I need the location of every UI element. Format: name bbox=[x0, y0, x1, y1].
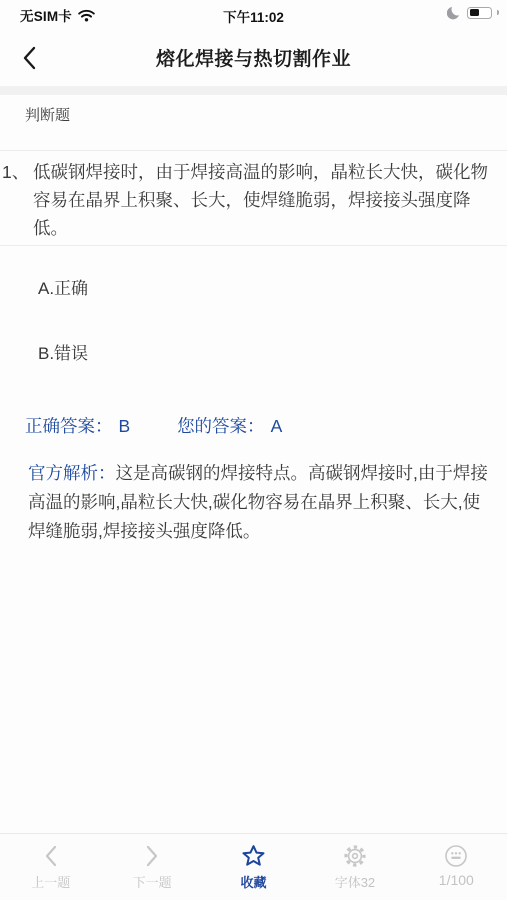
star-icon bbox=[241, 843, 266, 869]
your-answer: 您的答案：A bbox=[177, 416, 282, 436]
answer-card-button[interactable]: 1/100 bbox=[406, 834, 507, 900]
next-question-button[interactable]: 下一题 bbox=[101, 834, 202, 900]
question-text-block: 1、 低碳钢焊接时，由于焊接高温的影响，晶粒长大快，碳化物容易在晶界上积聚、长大… bbox=[0, 158, 493, 242]
answer-row: 正确答案：B 您的答案：A bbox=[25, 413, 324, 438]
question-type-label: 判断题 bbox=[25, 104, 70, 125]
font-size-label: 字体32 bbox=[335, 872, 375, 891]
battery-tip bbox=[497, 10, 499, 15]
correct-answer-value: B bbox=[119, 416, 131, 436]
section-separator bbox=[0, 86, 507, 95]
answer-card-icon bbox=[444, 843, 468, 869]
favorite-button[interactable]: 收藏 bbox=[203, 834, 304, 900]
clock-label: 下午11:02 bbox=[0, 6, 507, 26]
nav-bar: 熔化焊接与热切割作业 bbox=[0, 28, 507, 86]
battery-icon bbox=[467, 7, 492, 19]
status-right bbox=[447, 5, 499, 20]
page-title: 熔化焊接与热切割作业 bbox=[0, 44, 507, 71]
divider bbox=[0, 245, 507, 246]
chevron-left-icon bbox=[44, 843, 58, 869]
status-bar: 无SIM卡 下午11:02 bbox=[0, 0, 507, 28]
question-number: 1、 bbox=[2, 158, 29, 186]
option-b[interactable]: B.错误 bbox=[38, 339, 88, 364]
bottom-toolbar: 上一题 下一题 收藏 bbox=[0, 833, 507, 900]
analysis-label: 官方解析： bbox=[28, 463, 116, 483]
your-answer-value: A bbox=[271, 416, 283, 436]
question-text: 低碳钢焊接时，由于焊接高温的影响，晶粒长大快，碳化物容易在晶界上积聚、长大，使焊… bbox=[33, 162, 488, 238]
favorite-label: 收藏 bbox=[241, 872, 267, 891]
question-counter: 1/100 bbox=[439, 872, 474, 888]
moon-icon bbox=[447, 5, 462, 20]
prev-question-label: 上一题 bbox=[31, 872, 70, 891]
option-a[interactable]: A.正确 bbox=[38, 274, 88, 299]
quiz-page: 无SIM卡 下午11:02 bbox=[0, 0, 507, 900]
chevron-right-icon bbox=[145, 843, 159, 869]
prev-question-button[interactable]: 上一题 bbox=[0, 834, 101, 900]
correct-answer-label: 正确答案： bbox=[25, 416, 113, 436]
gear-icon bbox=[343, 843, 367, 869]
font-size-button[interactable]: 字体32 bbox=[304, 834, 405, 900]
analysis-block: 官方解析：这是高碳钢的焊接特点。高碳钢焊接时,由于焊接高温的影响,晶粒长大快,碳… bbox=[28, 459, 489, 546]
correct-answer: 正确答案：B bbox=[25, 416, 130, 436]
your-answer-label: 您的答案： bbox=[177, 416, 265, 436]
divider bbox=[0, 150, 507, 151]
next-question-label: 下一题 bbox=[133, 872, 172, 891]
